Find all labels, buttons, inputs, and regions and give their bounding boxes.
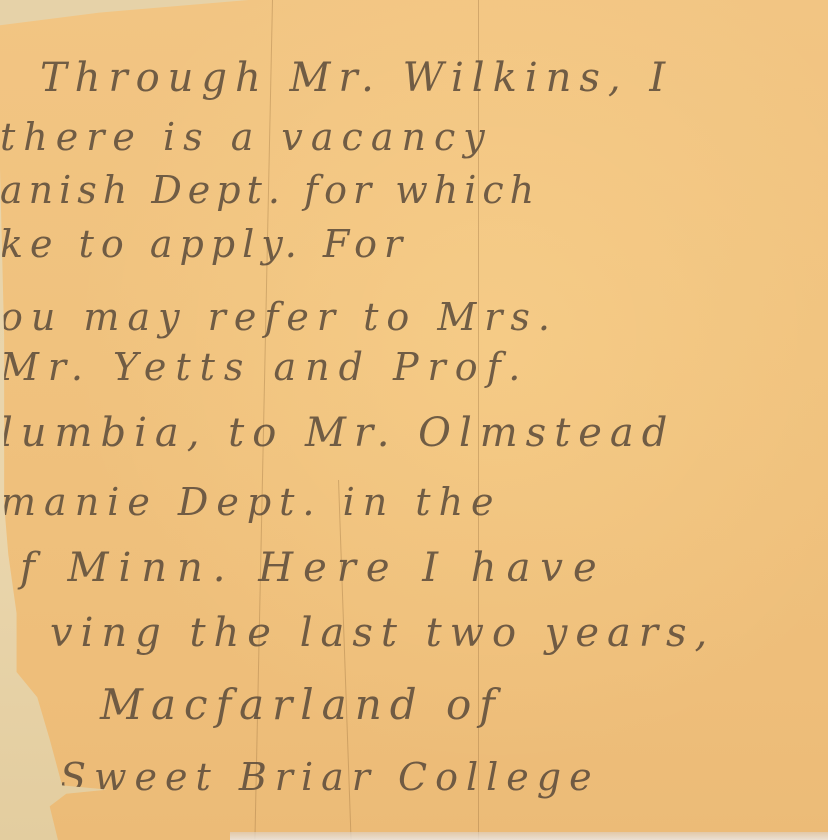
handwritten-line: ving the last two years, [50, 610, 715, 656]
handwritten-line: there is a vacancy [0, 115, 493, 159]
torn-bottom-edge [230, 832, 828, 840]
handwritten-line: ou may refer to Mrs. [0, 295, 558, 339]
handwritten-line: Sweet Briar College [60, 755, 600, 799]
handwritten-line: Mr. Yetts and Prof. [0, 345, 529, 389]
handwritten-line: anish Dept. for which [0, 168, 540, 212]
handwritten-line: lumbia, to Mr. Olmstead [0, 410, 675, 456]
handwritten-line: Through Mr. Wilkins, I [40, 55, 673, 101]
letter-paper: Through Mr. Wilkins, I there is a vacanc… [0, 0, 828, 840]
handwritten-line: ke to apply. For [0, 222, 409, 266]
handwritten-line: manie Dept. in the [0, 480, 502, 524]
handwritten-line: Macfarland of [100, 680, 503, 729]
handwritten-line: f Minn. Here I have [20, 545, 607, 591]
